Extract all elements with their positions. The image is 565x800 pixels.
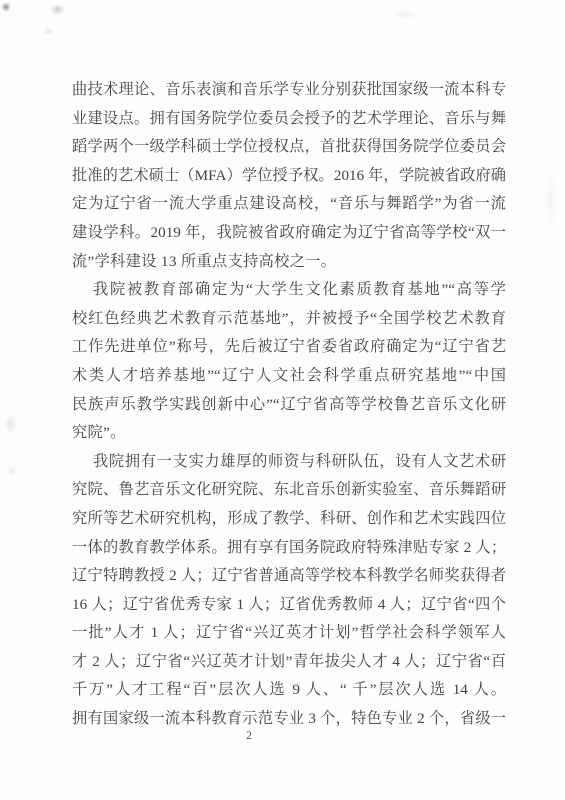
text-line: 辽宁特聘教授 2 人；辽宁省普通高等学校本科教学名师奖获得者 [72, 562, 506, 591]
text-line: 究院、鲁艺音乐文化研究院、东北音乐创新实验室、音乐舞蹈研 [72, 476, 506, 505]
text-line: 民族声乐教学实践创新中心”“辽宁省高等学校鲁艺音乐文化研 [72, 391, 506, 420]
text-line: 建设学科。2019 年，我院被省政府确定为辽宁省高等学校“双一 [72, 219, 506, 248]
text-line: 我院被教育部确定为“大学生文化素质教育基地”“高等学 [72, 276, 506, 305]
text-line: 业建设点。拥有国务院学位委员会授予的艺术学理论、音乐与舞 [72, 105, 506, 134]
text-line: 术类人才培养基地”“辽宁人文社会科学重点研究基地”“中国 [72, 362, 506, 391]
text-line: 工作先进单位”称号，先后被辽宁省委省政府确定为“辽宁省艺 [72, 333, 506, 362]
text-line: 16 人；辽宁省优秀专家 1 人；辽省优秀教师 4 人；辽宁省“四个 [72, 591, 506, 620]
text-line: 批准的艺术硕士（MFA）学位授予权。2016 年，学院被省政府确 [72, 162, 506, 191]
scan-artifact [7, 466, 18, 477]
text-line: 才 2 人；辽宁省“兴辽英才计划”青年拔尖人才 4 人；辽宁省“百 [72, 648, 506, 677]
page-number: 2 [238, 730, 260, 742]
scan-artifact [43, 27, 54, 36]
text-line: 一体的教育教学体系。拥有享有国务院政府特殊津贴专家 2 人； [72, 534, 506, 563]
text-line: 究院”。 [72, 419, 506, 448]
text-line: 千万”人才工程“百”层次人选 9 人、“ 千”层次人选 14 人。 [72, 676, 506, 705]
text-line: 蹈学两个一级学科硕士学位授权点，首批获得国务院学位委员会 [72, 133, 506, 162]
scan-artifact [1, 2, 11, 12]
scan-artifact [392, 10, 420, 19]
text-block: 曲技术理论、音乐表演和音乐学专业分别获批国家级一流本科专业建设点。拥有国务院学位… [72, 76, 506, 734]
text-line: 我院拥有一支实力雄厚的师资与科研队伍，设有人文艺术研 [72, 448, 506, 477]
text-line: 曲技术理论、音乐表演和音乐学专业分别获批国家级一流本科专 [72, 76, 506, 105]
text-line: 校红色经典艺术教育示范基地”，并被授予“全国学校艺术教育 [72, 305, 506, 334]
text-line: 流”学科建设 13 所重点支持高校之一。 [72, 248, 506, 277]
scan-artifact [545, 170, 557, 230]
scan-artifact [50, 4, 65, 15]
scan-artifact [4, 415, 17, 433]
text-line: 定为辽宁省一流大学重点建设高校，“音乐与舞蹈学”为省一流 [72, 190, 506, 219]
document-page: 曲技术理论、音乐表演和音乐学专业分别获批国家级一流本科专业建设点。拥有国务院学位… [0, 0, 565, 800]
text-line: 究所等艺术研究机构，形成了教学、科研、创作和艺术实践四位 [72, 505, 506, 534]
text-line: 一批”人才 1 人；辽宁省“兴辽英才计划”哲学社会科学领军人 [72, 619, 506, 648]
text-line: 拥有国家级一流本科教育示范专业 3 个，特色专业 2 个，省级一 [72, 705, 506, 734]
